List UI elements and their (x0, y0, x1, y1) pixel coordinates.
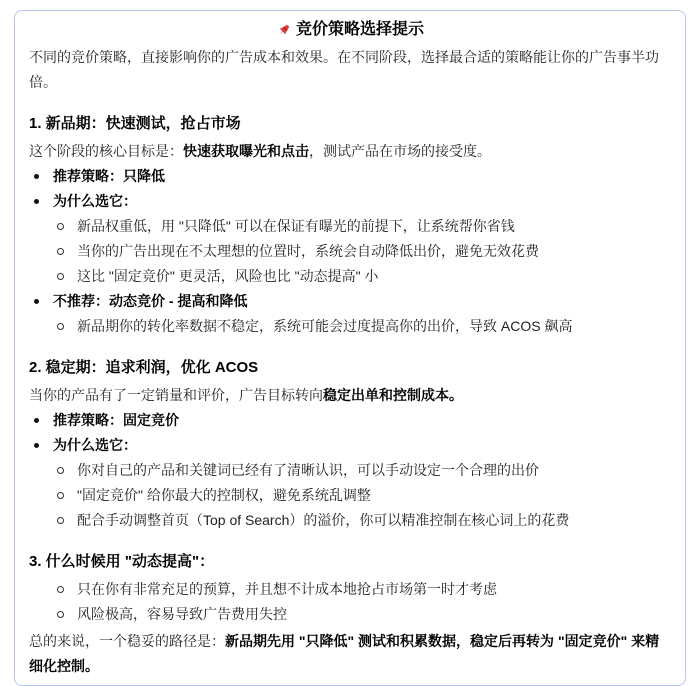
list-item: 不推荐：动态竞价 - 提高和降低 (29, 289, 671, 314)
section-1-heading: 1. 新品期：快速测试，抢占市场 (29, 111, 671, 136)
sub-list-item: 你对自己的产品和关键词已经有了清晰认识，可以手动设定一个合理的出价 (29, 458, 671, 483)
list-item: 推荐策略：固定竞价 (29, 408, 671, 433)
circle-bullet-icon (57, 248, 64, 255)
sub-list-item: 新品权重低，用 "只降低" 可以在保证有曝光的前提下，让系统帮你省钱 (29, 214, 671, 239)
bullet-icon (34, 174, 39, 179)
bullet-icon (34, 299, 39, 304)
sub-list-item-text: 当你的广告出现在不太理想的位置时，系统会自动降低出价，避免无效花费 (77, 239, 539, 264)
list-item-text: 为什么选它： (53, 189, 137, 214)
section-1-list: 推荐策略：只降低 为什么选它： 新品权重低，用 "只降低" 可以在保证有曝光的前… (29, 164, 671, 339)
summary-text: 总的来说，一个稳妥的路径是： (29, 633, 225, 649)
sub-list-item-text: 只在你有非常充足的预算，并且想不计成本地抢占市场第一时才考虑 (77, 577, 497, 602)
circle-bullet-icon (57, 323, 64, 330)
intro-paragraph: 不同的竞价策略，直接影响你的广告成本和效果。在不同阶段，选择最合适的策略能让你的… (29, 45, 671, 95)
card-title-text: 竞价策略选择提示 (296, 17, 424, 43)
bidding-strategy-tips-card: 竞价策略选择提示 不同的竞价策略，直接影响你的广告成本和效果。在不同阶段，选择最… (14, 10, 686, 686)
sub-list-item-text: 新品权重低，用 "只降低" 可以在保证有曝光的前提下，让系统帮你省钱 (77, 214, 515, 239)
goal-text: 当你的产品有了一定销量和评价，广告目标转向 (29, 387, 323, 403)
section-3-list: 只在你有非常充足的预算，并且想不计成本地抢占市场第一时才考虑 风险极高，容易导致… (29, 577, 671, 627)
circle-bullet-icon (57, 223, 64, 230)
goal-text: ，测试产品在市场的接受度。 (309, 143, 491, 159)
section-2-goal: 当你的产品有了一定销量和评价，广告目标转向稳定出单和控制成本。 (29, 383, 671, 408)
circle-bullet-icon (57, 517, 64, 524)
circle-bullet-icon (57, 492, 64, 499)
goal-bold-text: 快速获取曝光和点击 (183, 143, 309, 159)
list-item: 推荐策略：只降低 (29, 164, 671, 189)
section-3-heading: 3. 什么时候用 "动态提高"： (29, 549, 671, 574)
circle-bullet-icon (57, 586, 64, 593)
pushpin-icon (276, 22, 292, 38)
sub-list-item: 新品期你的转化率数据不稳定，系统可能会过度提高你的出价，导致 ACOS 飙高 (29, 314, 671, 339)
list-item-text: 为什么选它： (53, 433, 137, 458)
sub-list-item: 只在你有非常充足的预算，并且想不计成本地抢占市场第一时才考虑 (29, 577, 671, 602)
sub-list-item-text: 这比 "固定竞价" 更灵活，风险也比 "动态提高" 小 (77, 264, 378, 289)
sub-list-item-text: "固定竞价" 给你最大的控制权，避免系统乱调整 (77, 483, 371, 508)
list-item: 为什么选它： (29, 189, 671, 214)
sub-list-item: 当你的广告出现在不太理想的位置时，系统会自动降低出价，避免无效花费 (29, 239, 671, 264)
list-item-text: 推荐策略：只降低 (53, 164, 165, 189)
bullet-icon (34, 443, 39, 448)
circle-bullet-icon (57, 467, 64, 474)
bullet-icon (34, 199, 39, 204)
sub-list-item: 配合手动调整首页（Top of Search）的溢价，你可以精准控制在核心词上的… (29, 508, 671, 533)
sub-list-item: 这比 "固定竞价" 更灵活，风险也比 "动态提高" 小 (29, 264, 671, 289)
circle-bullet-icon (57, 273, 64, 280)
list-item-text: 推荐策略：固定竞价 (53, 408, 179, 433)
sub-list-item-text: 你对自己的产品和关键词已经有了清晰认识，可以手动设定一个合理的出价 (77, 458, 539, 483)
summary-paragraph: 总的来说，一个稳妥的路径是：新品期先用 "只降低" 测试和积累数据，稳定后再转为… (29, 629, 671, 679)
bullet-icon (34, 418, 39, 423)
sub-list-item: "固定竞价" 给你最大的控制权，避免系统乱调整 (29, 483, 671, 508)
list-item-text: 不推荐：动态竞价 - 提高和降低 (53, 289, 247, 314)
card-title: 竞价策略选择提示 (29, 17, 671, 43)
section-2-list: 推荐策略：固定竞价 为什么选它： 你对自己的产品和关键词已经有了清晰认识，可以手… (29, 408, 671, 533)
goal-bold-text: 稳定出单和控制成本。 (323, 387, 463, 403)
sub-list-item-text: 风险极高，容易导致广告费用失控 (77, 602, 287, 627)
sub-list-item-text: 新品期你的转化率数据不稳定，系统可能会过度提高你的出价，导致 ACOS 飙高 (77, 314, 572, 339)
sub-list-item: 风险极高，容易导致广告费用失控 (29, 602, 671, 627)
list-item: 为什么选它： (29, 433, 671, 458)
sub-list-item-text: 配合手动调整首页（Top of Search）的溢价，你可以精准控制在核心词上的… (77, 508, 569, 533)
circle-bullet-icon (57, 611, 64, 618)
section-2-heading: 2. 稳定期：追求利润，优化 ACOS (29, 355, 671, 380)
section-1-goal: 这个阶段的核心目标是：快速获取曝光和点击，测试产品在市场的接受度。 (29, 139, 671, 164)
goal-text: 这个阶段的核心目标是： (29, 143, 183, 159)
